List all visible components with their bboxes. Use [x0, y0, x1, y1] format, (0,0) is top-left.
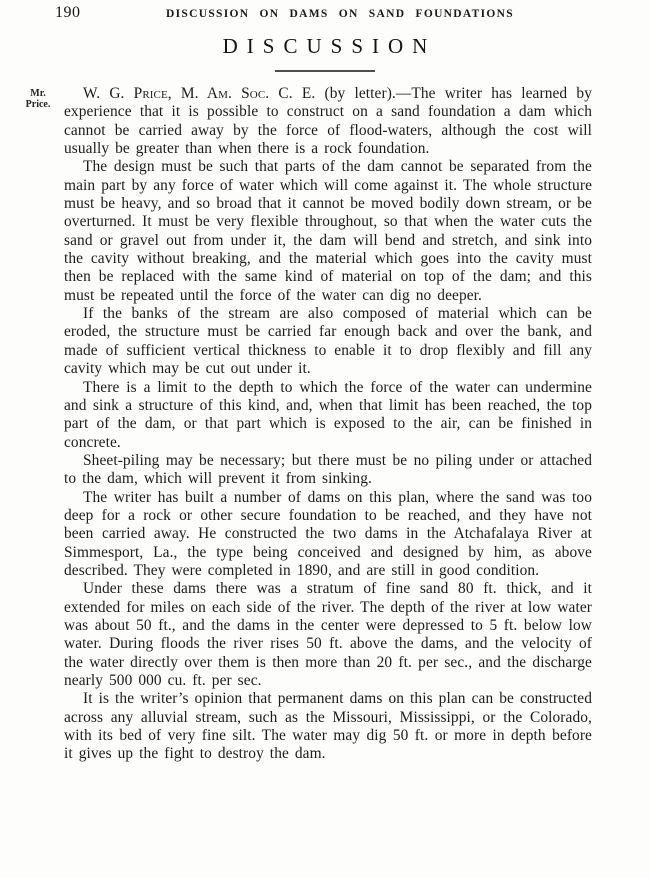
paragraph-sheet-piling: Sheet-piling may be necessary; but there…	[64, 452, 592, 489]
paragraph-opinion: It is the writer’s opinion that permanen…	[64, 690, 592, 763]
scanned-book-page: 190 DISCUSSION ON DAMS ON SAND FOUNDATIO…	[0, 0, 650, 878]
discussion-body: W. G. Price, M. Am. Soc. C. E. (by lette…	[64, 85, 592, 764]
paragraph-sand-stratum: Under these dams there was a stratum of …	[64, 580, 592, 690]
running-head: DISCUSSION ON DAMS ON SAND FOUNDATIONS	[90, 8, 590, 20]
section-title: DISCUSSION	[0, 34, 650, 59]
speaker-name: W. G. Price, M. Am. Soc. C. E.	[83, 85, 315, 102]
page-number: 190	[55, 4, 81, 22]
title-rule	[275, 70, 375, 72]
margin-note-line-1: Mr.	[18, 88, 58, 99]
margin-note-line-2: Price.	[18, 99, 58, 110]
paragraph-dams-built: The writer has built a number of dams on…	[64, 489, 592, 581]
paragraph-depth-limit: There is a limit to the depth to which t…	[64, 379, 592, 452]
margin-note-speaker: Mr. Price.	[18, 88, 58, 110]
paragraph-opening: W. G. Price, M. Am. Soc. C. E. (by lette…	[64, 85, 592, 158]
paragraph-banks: If the banks of the stream are also comp…	[64, 305, 592, 378]
paragraph-design: The design must be such that parts of th…	[64, 158, 592, 305]
